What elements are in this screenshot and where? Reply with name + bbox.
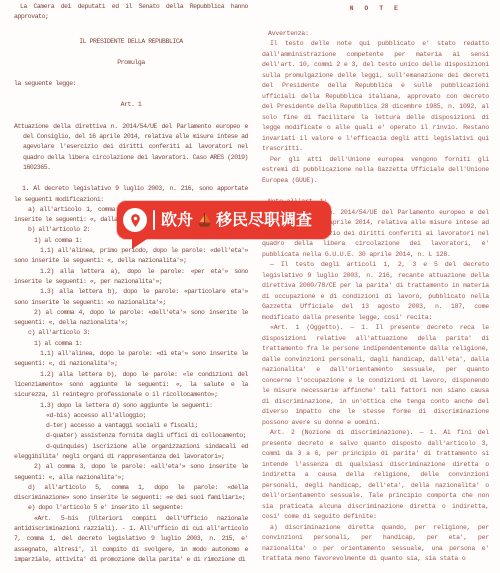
law-paragraph: d-quater) assistenza fornita dagli uffic… bbox=[14, 431, 248, 441]
note-paragraph: a) discriminazione diretta quando, per r… bbox=[262, 523, 489, 565]
watermark-badge: 欧舟 移民尽职调查 bbox=[117, 201, 331, 239]
law-paragraph: c) all'articolo 3: bbox=[14, 328, 248, 338]
law-paragraph: d) all'articolo 5, comma 1, dopo le paro… bbox=[14, 483, 248, 504]
law-paragraph: «d-bis) accesso all'alloggio; bbox=[14, 411, 248, 421]
notes-heading: N O T E bbox=[262, 4, 489, 15]
avvertenza-label: Avvertenza: bbox=[262, 29, 489, 40]
sailboat-icon bbox=[195, 211, 214, 230]
law-title: Attuazione della direttiva n. 2014/54/UE… bbox=[14, 122, 248, 173]
left-column: La Camera dei deputati ed il Senato dell… bbox=[14, 2, 248, 565]
law-paragraph: 1.2) alla lettera b), dopo le parole: «l… bbox=[14, 370, 248, 401]
note-paragraph: Il testo delle note qui pubblicato e' st… bbox=[262, 39, 489, 155]
note-paragraph: — Il testo degli articoli 1, 2, 3 e 5 de… bbox=[262, 260, 489, 323]
promulga-heading: Promulga bbox=[14, 58, 248, 68]
law-paragraph: 1.1) all'alinea, dopo le parole: «di eta… bbox=[14, 349, 248, 370]
law-paragraph: 1.2) alla lettera a), dopo le parole: «p… bbox=[14, 267, 248, 288]
article-1-heading: Art. 1 bbox=[14, 100, 248, 110]
law-paragraph: 1) al comma 1: bbox=[14, 339, 248, 349]
watermark-divider bbox=[153, 210, 155, 230]
watermark-tail bbox=[132, 237, 150, 249]
law-paragraph: 1.1) all'alinea, primo periodo, dopo le … bbox=[14, 246, 248, 267]
watermark-tagline: 移民尽职调查 bbox=[216, 212, 312, 228]
law-paragraph: 2) al comma 3, dopo le parole: «all'eta'… bbox=[14, 462, 248, 483]
note-paragraph: «Art. 1 (Oggetto). — 1. Il presente decr… bbox=[262, 323, 489, 428]
law-paragraph: e) dopo l'articolo 5 e' inserito il segu… bbox=[14, 503, 248, 513]
document-page: La Camera dei deputati ed il Senato dell… bbox=[0, 0, 500, 573]
president-heading: IL PRESIDENTE DELLA REPUBBLICA bbox=[14, 37, 248, 47]
law-intro: la seguente legge: bbox=[14, 79, 248, 89]
location-pin-icon bbox=[123, 208, 147, 232]
note-paragraph: Art. 2 (Nozione di discriminazione). — 1… bbox=[262, 428, 489, 523]
law-paragraph: 1.3) dopo la lettera d) sono aggiunte le… bbox=[14, 401, 248, 411]
law-paragraph: d-quinquies) iscrizione alle organizzazi… bbox=[14, 442, 248, 463]
law-paragraph: 1.3) alla lettera b), dopo le parole: «p… bbox=[14, 287, 248, 308]
watermark-brand: 欧舟 bbox=[161, 212, 193, 228]
approval-clause: La Camera dei deputati ed il Senato dell… bbox=[14, 2, 248, 23]
law-paragraph: «Art. 5-bis (Ulteriori compiti dell'Uffi… bbox=[14, 514, 248, 565]
law-paragraph: d-ter) accesso a vantaggi sociali e fisc… bbox=[14, 421, 248, 431]
law-paragraph: 2) al comma 4, dopo le parole: «dell'eta… bbox=[14, 308, 248, 329]
note-paragraph: Per gli atti dell'Unione europea vengono… bbox=[262, 155, 489, 187]
right-column: N O T E Avvertenza: Il testo delle note … bbox=[262, 4, 489, 565]
